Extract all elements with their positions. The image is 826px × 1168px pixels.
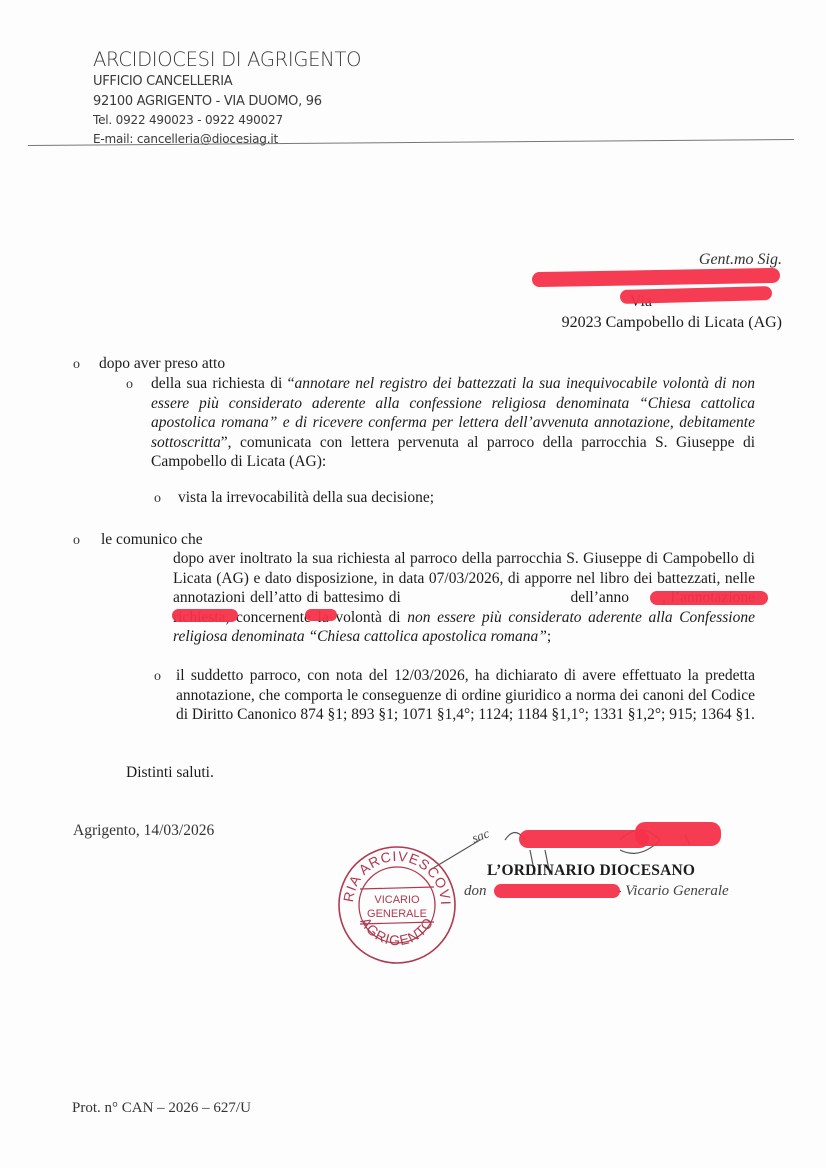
curia-stamp: CURIA ARCIVESCOVILE AGRIGENTO VICARIO GE… bbox=[336, 844, 458, 966]
item2-label: le comunico che bbox=[101, 530, 203, 550]
letterhead-title: ARCIDIOCESI DI AGRIGENTO bbox=[93, 48, 361, 72]
salutation: Gent.mo Sig. bbox=[562, 249, 782, 270]
ordinario-title: L’ORDINARIO DIOCESANO bbox=[487, 862, 695, 880]
letterhead-address: 92100 AGRIGENTO - VIA DUOMO, 96 bbox=[93, 92, 361, 112]
letterhead-office: UFFICIO CANCELLERIA bbox=[93, 72, 361, 92]
bullet-icon: o bbox=[73, 357, 80, 373]
redaction-signer-name bbox=[494, 884, 620, 898]
place-date: Agrigento, 14/03/2026 bbox=[73, 822, 214, 840]
redaction-name-cont bbox=[172, 609, 238, 622]
item1-label: dopo aver preso atto bbox=[99, 354, 225, 374]
closing-saluti: Distinti saluti. bbox=[126, 764, 214, 782]
redaction-year bbox=[305, 609, 337, 621]
sub2-text: vista la irrevocabilità della sua decisi… bbox=[178, 488, 434, 508]
sub1-text: della sua richiesta di “annotare nel reg… bbox=[151, 374, 755, 472]
bullet-icon: o bbox=[73, 533, 80, 549]
redaction-signature bbox=[519, 830, 649, 848]
para2-text: il suddetto parroco, con nota del 12/03/… bbox=[176, 666, 755, 725]
redaction-signature-2 bbox=[635, 822, 721, 846]
bullet-icon: o bbox=[154, 669, 161, 685]
letterhead-email: E-mail: cancelleria@diocesiag.it bbox=[93, 130, 361, 149]
bullet-icon: o bbox=[126, 377, 133, 393]
recipient-city: 92023 Campobello di Licata (AG) bbox=[562, 312, 782, 333]
letterhead: ARCIDIOCESI DI AGRIGENTO UFFICIO CANCELL… bbox=[93, 48, 361, 149]
bullet-icon: o bbox=[154, 491, 161, 507]
redaction-baptized-name bbox=[650, 591, 768, 605]
stamp-center-1: VICARIO bbox=[374, 894, 420, 906]
letterhead-phone: Tel. 0922 490023 - 0922 490027 bbox=[93, 111, 361, 130]
protocol-number: Prot. n° CAN – 2026 – 627/U bbox=[72, 1100, 251, 1117]
stamp-center-2: GENERALE bbox=[367, 908, 427, 920]
